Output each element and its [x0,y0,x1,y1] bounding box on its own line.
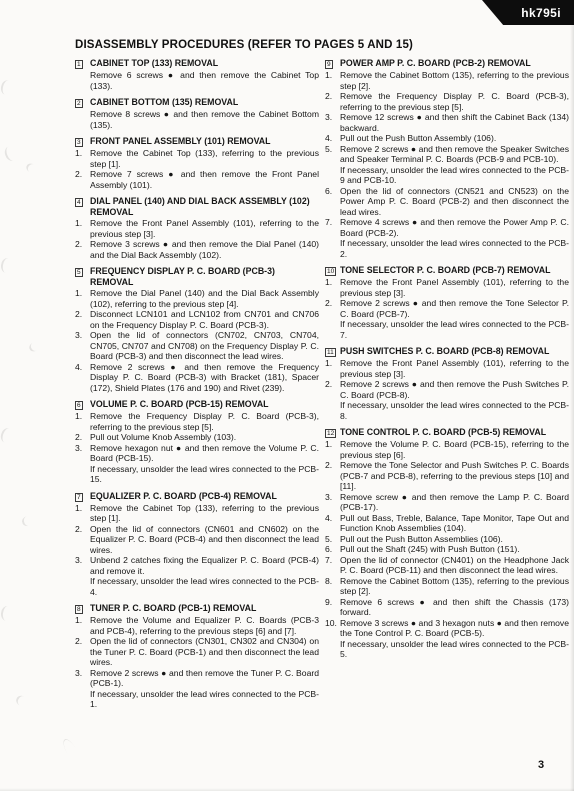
section-title: CABINET BOTTOM (135) REMOVAL [90,97,319,108]
step-text: Remove 6 screws ● and then remove the Ca… [90,70,319,91]
step-text: Remove 2 screws ● and then remove the Fr… [90,362,319,394]
step-number: 2. [325,298,340,309]
scan-artifact [0,605,14,622]
section-heading: 5 FREQUENCY DISPLAY P. C. BOARD (PCB-3) … [75,266,319,287]
procedure-section: 8 TUNER P. C. BOARD (PCB-1) REMOVAL 1. R… [75,603,319,710]
scan-artifact [0,257,14,274]
model-tab: hk795i [482,0,574,25]
step-number: 7. [325,217,340,228]
procedure-section: 6 VOLUME P. C. BOARD (PCB-15) REMOVAL 1.… [75,399,319,485]
section-number-box: 9 [325,60,333,69]
section-number-box: 1 [75,60,83,69]
step-number: 1. [75,218,90,229]
section-title: CABINET TOP (133) REMOVAL [90,58,319,69]
step-text: Open the lid of connector (CN401) on the… [340,555,569,576]
step-row: Remove 6 screws ● and then remove the Ca… [75,70,319,91]
section-number-box: 12 [325,429,336,438]
section-heading: 8 TUNER P. C. BOARD (PCB-1) REMOVAL [75,603,319,614]
step-text: Remove the Volume P. C. Board (PCB-15), … [340,439,569,460]
step-number: 1. [75,288,90,299]
step-row: 1. Remove the Cabinet Top (133), referri… [75,148,319,169]
step-row: If necessary, unsolder the lead wires co… [75,576,319,597]
step-row: 2. Remove 3 screws ● and then remove the… [75,239,319,260]
step-row: 1. Remove the Volume P. C. Board (PCB-15… [325,439,569,460]
step-row: 3. Open the lid of connectors (CN702, CN… [75,330,319,362]
procedure-section: 12 TONE CONTROL P. C. BOARD (PCB-5) REMO… [325,427,569,660]
step-row: 3. Remove 12 screws ● and then shift the… [325,112,569,133]
step-number: 1. [325,70,340,81]
step-row: 5. Pull out the Push Button Assemblies (… [325,534,569,545]
step-number: 2. [75,169,90,180]
section-number-cell: 6 [75,399,90,410]
section-number-cell: 8 [75,603,90,614]
step-row: 8. Remove the Cabinet Bottom (135), refe… [325,576,569,597]
section-title: DIAL PANEL (140) AND DIAL BACK ASSEMBLY … [90,196,319,217]
step-text: Pull out Bass, Treble, Balance, Tape Mon… [340,513,569,534]
section-title: POWER AMP P. C. BOARD (PCB-2) REMOVAL [340,58,569,69]
section-title: TONE CONTROL P. C. BOARD (PCB-5) REMOVAL [340,427,569,438]
step-text: If necessary, unsolder the lead wires co… [340,238,569,259]
step-number: 10. [325,618,340,629]
scan-artifact [25,162,40,176]
procedure-section: 4 DIAL PANEL (140) AND DIAL BACK ASSEMBL… [75,196,319,260]
step-text: Remove 12 screws ● and then shift the Ca… [340,112,569,133]
procedure-section: 7 EQUALIZER P. C. BOARD (PCB-4) REMOVAL … [75,491,319,598]
step-row: If necessary, unsolder the lead wires co… [75,464,319,485]
step-text: Unbend 2 catches fixing the Equalizer P.… [90,555,319,576]
step-row: If necessary, unsolder the lead wires co… [325,639,569,660]
section-heading: 10 TONE SELECTOR P. C. BOARD (PCB-7) REM… [325,265,569,276]
section-title: PUSH SWITCHES P. C. BOARD (PCB-8) REMOVA… [340,346,569,357]
section-steps: 1. Remove the Frequency Display P. C. Bo… [75,411,319,485]
step-row: 1. Remove the Frequency Display P. C. Bo… [75,411,319,432]
step-text: Disconnect LCN101 and LCN102 from CN701 … [90,309,319,330]
section-number-cell: 12 [325,427,340,438]
left-column: 1 CABINET TOP (133) REMOVAL Remove 6 scr… [75,58,319,716]
step-number: 9. [325,597,340,608]
step-text: Remove the Front Panel Assembly (101), r… [90,218,319,239]
step-row: 5. Remove 2 screws ● and then remove the… [325,144,569,165]
scan-artifact [21,515,35,528]
step-number: 6. [325,544,340,555]
procedure-section: 9 POWER AMP P. C. BOARD (PCB-2) REMOVAL … [325,58,569,259]
step-row: 2. Remove the Tone Selector and Push Swi… [325,460,569,492]
scan-edge-shadow [570,0,574,791]
section-number-box: 8 [75,605,83,614]
step-text: Remove the Cabinet Top (133), referring … [90,503,319,524]
section-steps: 1. Remove the Dial Panel (140) and the D… [75,288,319,393]
step-text: Open the lid of connectors (CN702, CN703… [90,330,319,362]
step-number: 1. [325,358,340,369]
procedure-section: 3 FRONT PANEL ASSEMBLY (101) REMOVAL 1. … [75,136,319,190]
step-number: 1. [325,277,340,288]
step-number: 2. [75,432,90,443]
step-number: 2. [325,379,340,390]
step-number: 4. [325,133,340,144]
section-heading: 4 DIAL PANEL (140) AND DIAL BACK ASSEMBL… [75,196,319,217]
scan-artifact [14,694,29,708]
model-label: hk795i [521,6,561,20]
step-row: 2. Remove 7 screws ● and then remove the… [75,169,319,190]
step-text: Pull out the Shaft (245) with Push Butto… [340,544,569,555]
section-heading: 3 FRONT PANEL ASSEMBLY (101) REMOVAL [75,136,319,147]
step-number: 4. [75,362,90,373]
step-row: 6. Pull out the Shaft (245) with Push Bu… [325,544,569,555]
step-text: If necessary, unsolder the lead wires co… [90,689,319,710]
section-steps: 1. Remove the Front Panel Assembly (101)… [325,277,569,340]
section-number-box: 2 [75,99,83,108]
section-heading: 11 PUSH SWITCHES P. C. BOARD (PCB-8) REM… [325,346,569,357]
section-heading: 1 CABINET TOP (133) REMOVAL [75,58,319,69]
section-heading: 6 VOLUME P. C. BOARD (PCB-15) REMOVAL [75,399,319,410]
step-number: 1. [75,503,90,514]
step-number: 2. [75,524,90,535]
step-row: If necessary, unsolder the lead wires co… [325,400,569,421]
section-number-cell: 2 [75,97,90,108]
section-steps: 1. Remove the Volume P. C. Board (PCB-15… [325,439,569,660]
section-title: TUNER P. C. BOARD (PCB-1) REMOVAL [90,603,319,614]
section-title: FREQUENCY DISPLAY P. C. BOARD (PCB-3) RE… [90,266,319,287]
step-row: Remove 8 screws ● and then remove the Ca… [75,109,319,130]
section-number-box: 10 [325,267,336,276]
step-text: Remove 2 screws ● and then remove the Sp… [340,144,569,165]
step-number: 3. [75,555,90,566]
step-number: 4. [325,513,340,524]
step-text: Pull out Volume Knob Assembly (103). [90,432,319,443]
scan-artifact [28,340,43,354]
section-heading: 9 POWER AMP P. C. BOARD (PCB-2) REMOVAL [325,58,569,69]
procedure-section: 2 CABINET BOTTOM (135) REMOVAL Remove 8 … [75,97,319,130]
step-number: 3. [75,443,90,454]
step-text: Remove 2 screws ● and then remove the To… [340,298,569,319]
section-number-cell: 10 [325,265,340,276]
step-row: 9. Remove 6 screws ● and then shift the … [325,597,569,618]
step-text: If necessary, unsolder the lead wires co… [340,165,569,186]
step-text: Remove the Volume and Equalizer P. C. Bo… [90,615,319,636]
step-number: 7. [325,555,340,566]
step-text: Open the lid of connectors (CN301, CN302… [90,636,319,668]
step-text: Remove hexagon nut ● and then remove the… [90,443,319,464]
procedure-section: 5 FREQUENCY DISPLAY P. C. BOARD (PCB-3) … [75,266,319,393]
section-heading: 7 EQUALIZER P. C. BOARD (PCB-4) REMOVAL [75,491,319,502]
step-row: 2. Disconnect LCN101 and LCN102 from CN7… [75,309,319,330]
section-number-cell: 9 [325,58,340,69]
step-row: 2. Remove 2 screws ● and then remove the… [325,298,569,319]
procedure-section: 10 TONE SELECTOR P. C. BOARD (PCB-7) REM… [325,265,569,340]
section-title: VOLUME P. C. BOARD (PCB-15) REMOVAL [90,399,319,410]
step-row: If necessary, unsolder the lead wires co… [325,238,569,259]
section-title: EQUALIZER P. C. BOARD (PCB-4) REMOVAL [90,491,319,502]
step-text: Pull out the Push Button Assembly (106). [340,133,569,144]
step-text: Remove the Front Panel Assembly (101), r… [340,277,569,298]
step-text: Pull out the Push Button Assemblies (106… [340,534,569,545]
step-text: Remove 3 screws ● and 3 hexagon nuts ● a… [340,618,569,639]
scan-artifact [0,79,15,96]
scan-artifact [0,427,15,445]
step-row: 1. Remove the Front Panel Assembly (101)… [325,358,569,379]
step-text: Remove 8 screws ● and then remove the Ca… [90,109,319,130]
step-text: Remove the Front Panel Assembly (101), r… [340,358,569,379]
section-number-box: 3 [75,138,83,147]
step-text: If necessary, unsolder the lead wires co… [90,464,319,485]
step-text: Remove the Cabinet Top (133), referring … [90,148,319,169]
section-number-cell: 1 [75,58,90,69]
section-title: TONE SELECTOR P. C. BOARD (PCB-7) REMOVA… [340,265,569,276]
section-number-cell: 11 [325,346,340,357]
section-steps: 1. Remove the Cabinet Top (133), referri… [75,148,319,190]
section-steps: 1. Remove the Cabinet Bottom (135), refe… [325,70,569,259]
step-row: 2. Open the lid of connectors (CN301, CN… [75,636,319,668]
step-number: 1. [75,411,90,422]
step-row: 4. Pull out the Push Button Assembly (10… [325,133,569,144]
step-text: Remove the Tone Selector and Push Switch… [340,460,569,492]
step-row: 4. Remove 2 screws ● and then remove the… [75,362,319,394]
section-heading: 2 CABINET BOTTOM (135) REMOVAL [75,97,319,108]
step-number: 3. [75,668,90,679]
section-steps: 1. Remove the Volume and Equalizer P. C.… [75,615,319,710]
step-text: Open the lid of connectors (CN601 and CN… [90,524,319,556]
step-row: 2. Remove the Frequency Display P. C. Bo… [325,91,569,112]
step-number: 2. [75,309,90,320]
step-row: 7. Remove 4 screws ● and then remove the… [325,217,569,238]
procedure-section: 11 PUSH SWITCHES P. C. BOARD (PCB-8) REM… [325,346,569,421]
step-number: 2. [75,239,90,250]
section-number-cell: 7 [75,491,90,502]
step-row: If necessary, unsolder the lead wires co… [325,319,569,340]
section-number-box: 11 [325,348,336,357]
step-row: 4. Pull out Bass, Treble, Balance, Tape … [325,513,569,534]
step-row: 3. Remove hexagon nut ● and then remove … [75,443,319,464]
step-row: If necessary, unsolder the lead wires co… [75,689,319,710]
step-number: 1. [75,148,90,159]
section-number-box: 7 [75,493,83,502]
section-title: FRONT PANEL ASSEMBLY (101) REMOVAL [90,136,319,147]
step-number: 3. [75,330,90,341]
step-number: 6. [325,186,340,197]
step-row: 7. Open the lid of connector (CN401) on … [325,555,569,576]
step-text: Remove screw ● and then remove the Lamp … [340,492,569,513]
section-number-cell: 4 [75,196,90,207]
step-number: 3. [325,112,340,123]
step-text: Remove 2 screws ● and then remove the Tu… [90,668,319,689]
manual-page: hk795i DISASSEMBLY PROCEDURES (REFER TO … [0,0,574,791]
step-text: Remove 4 screws ● and then remove the Po… [340,217,569,238]
section-number-box: 5 [75,268,83,277]
step-text: If necessary, unsolder the lead wires co… [340,639,569,660]
step-row: 1. Remove the Cabinet Bottom (135), refe… [325,70,569,91]
section-steps: Remove 8 screws ● and then remove the Ca… [75,109,319,130]
step-text: Remove the Cabinet Bottom (135), referri… [340,70,569,91]
page-title: DISASSEMBLY PROCEDURES (REFER TO PAGES 5… [75,39,413,51]
procedure-section: 1 CABINET TOP (133) REMOVAL Remove 6 scr… [75,58,319,91]
scan-artifact [3,144,19,162]
step-row: 3. Unbend 2 catches fixing the Equalizer… [75,555,319,576]
step-row: 2. Remove 2 screws ● and then remove the… [325,379,569,400]
section-steps: 1. Remove the Front Panel Assembly (101)… [75,218,319,260]
page-number: 3 [538,759,544,771]
step-number: 2. [75,636,90,647]
section-heading: 12 TONE CONTROL P. C. BOARD (PCB-5) REMO… [325,427,569,438]
step-row: 1. Remove the Dial Panel (140) and the D… [75,288,319,309]
section-number-box: 6 [75,401,83,410]
step-number: 5. [325,534,340,545]
step-number: 8. [325,576,340,587]
step-text: Remove the Dial Panel (140) and the Dial… [90,288,319,309]
step-text: Remove the Cabinet Bottom (135), referri… [340,576,569,597]
section-steps: 1. Remove the Front Panel Assembly (101)… [325,358,569,421]
step-text: Remove 2 screws ● and then remove the Pu… [340,379,569,400]
step-text: Open the lid of connectors (CN521 and CN… [340,186,569,218]
step-row: 6. Open the lid of connectors (CN521 and… [325,186,569,218]
step-row: 2. Pull out Volume Knob Assembly (103). [75,432,319,443]
step-row: 3. Remove 2 screws ● and then remove the… [75,668,319,689]
step-text: If necessary, unsolder the lead wires co… [340,400,569,421]
step-number: 2. [325,91,340,102]
step-number: 1. [325,439,340,450]
section-number-cell: 3 [75,136,90,147]
step-text: Remove 3 screws ● and then remove the Di… [90,239,319,260]
step-row: 1. Remove the Front Panel Assembly (101)… [325,277,569,298]
step-row: 1. Remove the Front Panel Assembly (101)… [75,218,319,239]
step-row: If necessary, unsolder the lead wires co… [325,165,569,186]
procedure-columns: 1 CABINET TOP (133) REMOVAL Remove 6 scr… [75,58,569,716]
right-column: 9 POWER AMP P. C. BOARD (PCB-2) REMOVAL … [325,58,569,716]
step-number: 1. [75,615,90,626]
scan-artifact [60,737,82,765]
step-number: 2. [325,460,340,471]
step-text: If necessary, unsolder the lead wires co… [340,319,569,340]
step-text: Remove the Frequency Display P. C. Board… [340,91,569,112]
step-row: 1. Remove the Cabinet Top (133), referri… [75,503,319,524]
step-text: Remove 7 screws ● and then remove the Fr… [90,169,319,190]
step-number: 5. [325,144,340,155]
step-number: 3. [325,492,340,503]
section-steps: 1. Remove the Cabinet Top (133), referri… [75,503,319,598]
step-text: Remove the Frequency Display P. C. Board… [90,411,319,432]
step-text: If necessary, unsolder the lead wires co… [90,576,319,597]
section-number-box: 4 [75,198,83,207]
step-row: 3. Remove screw ● and then remove the La… [325,492,569,513]
section-steps: Remove 6 screws ● and then remove the Ca… [75,70,319,91]
step-text: Remove 6 screws ● and then shift the Cha… [340,597,569,618]
step-row: 1. Remove the Volume and Equalizer P. C.… [75,615,319,636]
step-row: 10. Remove 3 screws ● and 3 hexagon nuts… [325,618,569,639]
step-row: 2. Open the lid of connectors (CN601 and… [75,524,319,556]
section-number-cell: 5 [75,266,90,277]
